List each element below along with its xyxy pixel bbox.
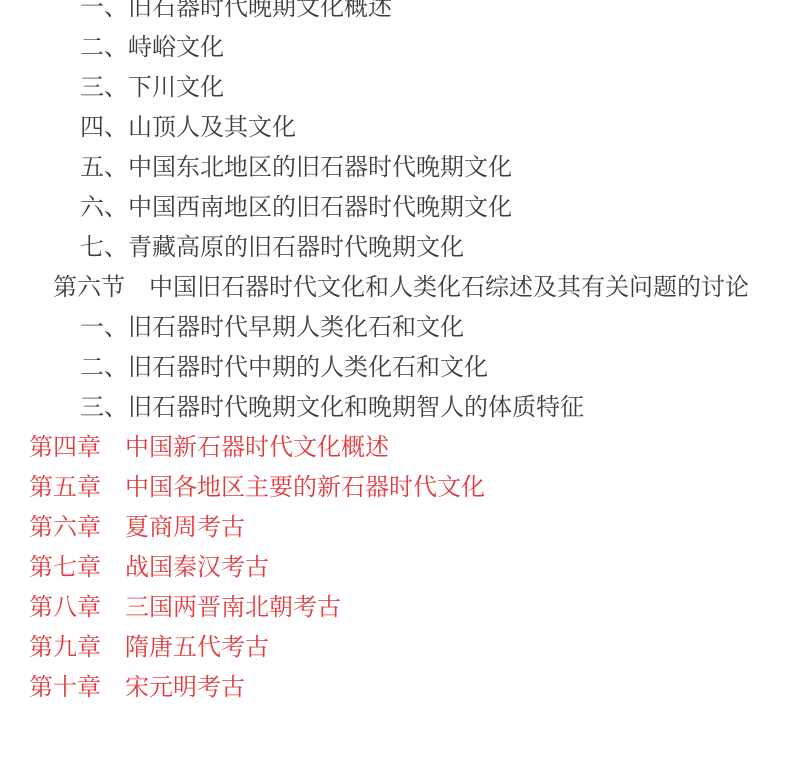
toc-subitem: 二、旧石器时代中期的人类化石和文化 [0, 348, 790, 388]
toc-chapter: 第六章夏商周考古 [0, 508, 790, 548]
toc-subitem-text: 五、中国东北地区的旧石器时代晚期文化 [80, 154, 512, 181]
toc-subitem-text: 七、青藏高原的旧石器时代晚期文化 [80, 234, 464, 261]
toc-chapter-title: 三国两晋南北朝考古 [125, 594, 341, 621]
table-of-contents: 一、旧石器时代晚期文化概述 二、峙峪文化 三、下川文化 四、山顶人及其文化 五、… [0, 0, 790, 708]
toc-subitem-text: 三、旧石器时代晚期文化和晚期智人的体质特征 [80, 394, 584, 421]
toc-subitem-text: 三、下川文化 [80, 74, 224, 101]
toc-chapter: 第五章中国各地区主要的新石器时代文化 [0, 468, 790, 508]
toc-subitem: 六、中国西南地区的旧石器时代晚期文化 [0, 188, 790, 228]
toc-chapter: 第十章宋元明考古 [0, 668, 790, 708]
toc-chapter-title: 夏商周考古 [125, 514, 245, 541]
toc-subitem: 三、下川文化 [0, 68, 790, 108]
toc-chapter-title: 宋元明考古 [125, 674, 245, 701]
toc-chapter: 第四章中国新石器时代文化概述 [0, 428, 790, 468]
toc-section-number: 第六节 [53, 274, 125, 301]
toc-section-title: 中国旧石器时代文化和人类化石综述及其有关问题的讨论 [149, 274, 749, 301]
toc-chapter-number: 第八章 [29, 594, 101, 621]
toc-chapter: 第八章三国两晋南北朝考古 [0, 588, 790, 628]
toc-subitem-text: 六、中国西南地区的旧石器时代晚期文化 [80, 194, 512, 221]
toc-subitem: 三、旧石器时代晚期文化和晚期智人的体质特征 [0, 388, 790, 428]
toc-subitem: 一、旧石器时代早期人类化石和文化 [0, 308, 790, 348]
toc-chapter-title: 中国各地区主要的新石器时代文化 [125, 474, 485, 501]
toc-chapter-number: 第四章 [29, 434, 101, 461]
toc-subitem: 四、山顶人及其文化 [0, 108, 790, 148]
toc-subitem: 五、中国东北地区的旧石器时代晚期文化 [0, 148, 790, 188]
toc-chapter: 第九章隋唐五代考古 [0, 628, 790, 668]
toc-chapter-title: 中国新石器时代文化概述 [125, 434, 389, 461]
toc-chapter-title: 隋唐五代考古 [125, 634, 269, 661]
toc-chapter-title: 战国秦汉考古 [125, 554, 269, 581]
toc-subitem-text: 一、旧石器时代早期人类化石和文化 [80, 314, 464, 341]
toc-chapter: 第七章战国秦汉考古 [0, 548, 790, 588]
toc-chapter-number: 第七章 [29, 554, 101, 581]
toc-subitem: 二、峙峪文化 [0, 28, 790, 68]
toc-subitem-text: 二、旧石器时代中期的人类化石和文化 [80, 354, 488, 381]
toc-chapter-number: 第五章 [29, 474, 101, 501]
toc-subitem: 七、青藏高原的旧石器时代晚期文化 [0, 228, 790, 268]
toc-chapter-number: 第六章 [29, 514, 101, 541]
toc-subitem-text: 四、山顶人及其文化 [80, 114, 296, 141]
toc-chapter-number: 第十章 [29, 674, 101, 701]
toc-chapter-number: 第九章 [29, 634, 101, 661]
toc-section: 第六节中国旧石器时代文化和人类化石综述及其有关问题的讨论 [0, 268, 790, 308]
toc-subitem-text: 二、峙峪文化 [80, 34, 224, 61]
toc-subitem: 一、旧石器时代晚期文化概述 [0, 0, 790, 28]
toc-subitem-text: 一、旧石器时代晚期文化概述 [80, 0, 392, 21]
